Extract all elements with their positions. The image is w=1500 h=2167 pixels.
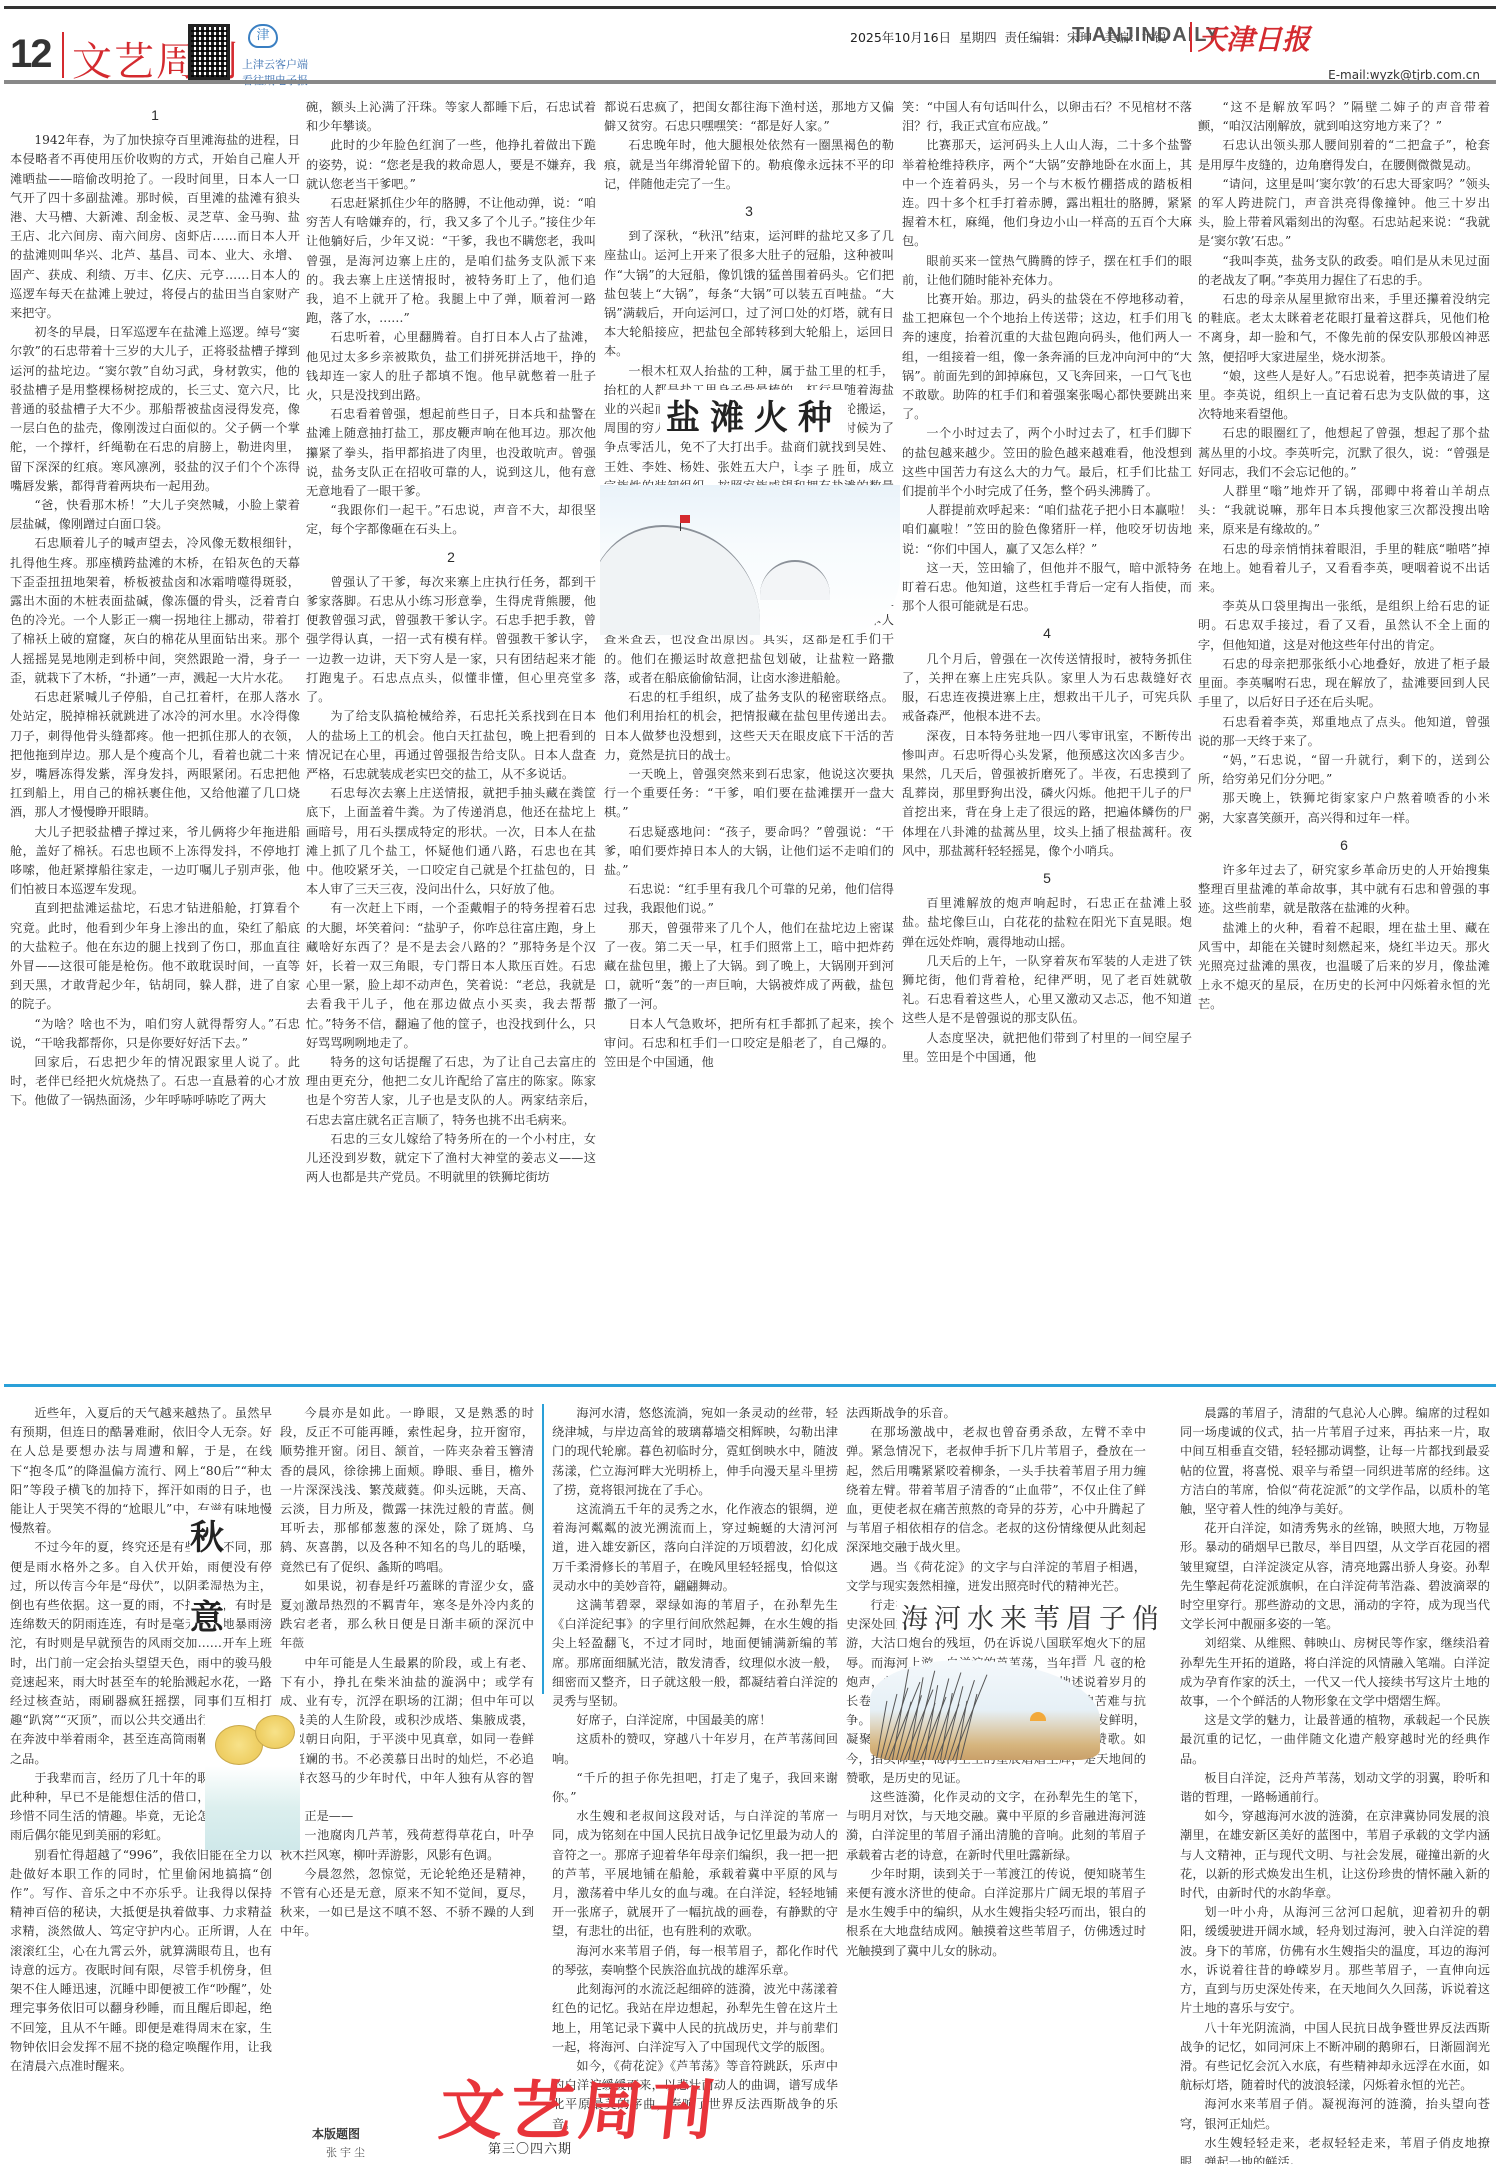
paragraph: 近些年，入夏后的天气越来越热了。虽然早有预期，但连日的酷暑难耐，依旧令人无奈。好…: [10, 1404, 272, 1538]
paragraph: 水生嫂和老叔间这段对话，与白洋淀的苇席一同，成为铭刻在中国人民抗日战争记忆里最为…: [552, 1807, 838, 1941]
paragraph: 碗，额头上沁满了汗珠。等家人都睡下后，石忠试着和少年攀谈。: [306, 98, 596, 136]
paragraph: 石忠赶紧抓住少年的胳膊，不让他动弹，说：“咱穷苦人有啥嫌弃的，行，我又多了个儿子…: [306, 194, 596, 328]
paragraph: 划一叶小舟，从海河三岔河口起航，迎着初升的朝阳，缓缓驶进开阔水域，轻舟划过海河，…: [1180, 1903, 1490, 2018]
paragraph: 几天后的上午，一队穿着灰布军装的人走进了铁狮坨街，他们背着枪，纪律严明，见了老百…: [902, 952, 1192, 1029]
paragraph: 石忠疑惑地问：“孩子，要命吗？”曾强说：“干爹，咱们要炸掉日本人的大锅，让他们运…: [604, 823, 894, 881]
story2-column-2: 今晨亦是如此。一睁眼，又是熟悉的时段，反正不可能再睡，索性起身，拉开窗帘，顺势推…: [280, 1404, 534, 2064]
paragraph: 水生嫂轻轻走来，老叔轻轻走来，苇眉子俏皮地撩眼，弹起一地的鲜活。: [1180, 2134, 1490, 2164]
paragraph: 日本人气急败坏，把所有杠手都抓了起来，挨个审问。石忠和杠手们一口咬定是船老了，自…: [604, 1015, 894, 1073]
paragraph: 石忠的母亲从屋里掀帘出来，手里还攥着没纳完的鞋底。老太太眯着老花眼打量着这群兵，…: [1198, 290, 1490, 367]
issue-number: 第三〇四六期: [488, 2138, 572, 2157]
masthead: 12 文艺周刊 津 上津云客户端 看往期电子报 2025年10月16日 星期四 …: [0, 10, 1500, 78]
story1-column-5: “这不是解放军吗？”隔壁二婶子的声音带着颤，“咱汉沽刚解放，就到咱这穷地方来了？…: [1198, 98, 1490, 1378]
story1-column-1: 11942年春，为了加快掠夺百里滩海盐的进程，日本侵略者不再使用压价收购的方式，…: [10, 98, 300, 1378]
app-promo-line-1: 上津云客户端: [242, 56, 308, 72]
lotus-leaf-shape: [255, 1715, 295, 1749]
paragraph: 好席子，白洋淀席，中国最美的席！: [552, 1711, 838, 1730]
section-number: 6: [1198, 836, 1490, 855]
story3-column-2: 法西斯战争的乐音。在那场激战中，老叔也曾奋勇杀敌，左臂不幸中弹。紧急情况下，老叔…: [846, 1404, 1146, 2164]
paragraph: 少年时期，读到关于一苇渡江的传说，便知晓苇生来便有渡水济世的使命。白洋淀那片广阔…: [846, 1865, 1146, 1961]
story1-column-3: 都说石忠疯了，把闺女都往海下渔村送，那地方又偏僻又贫穷。石忠只嘿嘿笑：“都是好人…: [604, 98, 894, 1378]
paragraph: 如今，穿越海河水波的涟漪，在京津冀协同发展的浪潮里，在雄安新区美好的蓝图中，苇眉…: [1180, 1807, 1490, 1903]
illustration-credit-name: 张宇尘: [326, 2144, 368, 2160]
story3-author: 晋凡: [1075, 1652, 1111, 1669]
issue-date: 2025年10月16日: [850, 30, 951, 45]
story1-author: 李子胜: [800, 460, 848, 479]
paragraph: 别看忙得超越了“996”，我依旧能在全力以赴做好本职工作的同时，忙里偷闲地搞搞“…: [10, 1846, 272, 2076]
paragraph: 石忠的眼圈红了，他想起了曾强，想起了那个盐蒿丛里的小坟。李英听完，沉默了很久，说…: [1198, 424, 1490, 482]
paragraph: 直到把盐滩运盐坨，石忠才钻进船舱，打算看个究竟。此时，他看到少年身上渗出的血，染…: [10, 899, 300, 1014]
paragraph: 这一天，笠田输了，但他并不服气，暗中派特务盯着石忠。他知道，这些杠手背后一定有人…: [902, 559, 1192, 617]
paragraph: 1942年春，为了加快掠夺百里滩海盐的进程，日本侵略者不再使用压价收购的方式，开…: [10, 131, 300, 323]
story1-column-2: 碗，额头上沁满了汗珠。等家人都睡下后，石忠试着和少年攀谈。此时的少年脸色红润了一…: [306, 98, 596, 1378]
paragraph: 盐滩上的火种，看着不起眼，埋在盐土里、藏在风雪中，却能在关键时刻燃起来，烧红半边…: [1198, 919, 1490, 1015]
paragraph: 海河水清，悠悠流淌，宛如一条灵动的丝带，轻绕津城，与岸边高耸的玻璃幕墙交相辉映，…: [552, 1404, 838, 1500]
paragraph: 石忠晚年时，他大腿根处依然有一圈黑褐色的勒痕，就是当年绑滑轮留下的。勒痕像永远抹…: [604, 136, 894, 194]
paragraph: 石忠看着李英，郑重地点了点头。他知道，曾强说的那一天终于来了。: [1198, 713, 1490, 751]
story3-title: 海河水来苇眉子俏: [897, 1597, 1169, 1636]
paragraph: 八十年光阴流淌，中国人民抗日战争暨世界反法西斯战争的记忆，如同河床上不断冲刷的鹅…: [1180, 2019, 1490, 2096]
paragraph: 石忠的母亲悄悄抹着眼泪，手里的鞋底“啪嗒”掉在地上。她看着儿子，又看看李英，哽咽…: [1198, 540, 1490, 598]
paragraph: 一个小时过去了，两个小时过去了，杠手们脚下的盐包越来越少。笠田的脸色越来越难看，…: [902, 424, 1192, 501]
paragraph: 有一次赶上下雨，一个歪戴帽子的特务捏着石忠的大腿，坏笑着问：“盐驴子，你咋总往富…: [306, 899, 596, 1053]
paragraph: “这不是解放军吗？”隔壁二婶子的声音带着颤，“咱汉沽刚解放，就到咱这穷地方来了？…: [1198, 98, 1490, 136]
paragraph: 笑：“中国人有句话叫什么，以卵击石？不见棺材不落泪？行，我正式宣布应战。”: [902, 98, 1192, 136]
paragraph: 深夜，日本特务驻地一四八零审讯室，不断传出惨叫声。石忠听得心头发紧，他预感这次凶…: [902, 727, 1192, 861]
setting-sun-shape: [1030, 1712, 1046, 1721]
story3-column-3: 晨露的苇眉子，清甜的气息沁人心脾。编席的过程如同一场虔诚的仪式，拈一片苇眉子过来…: [1180, 1404, 1490, 2164]
paragraph: 一池腐肉几芦苇，残荷惹得草花白，叶孕秋木拦风寒，柳叶弄游影，风影有色调。: [280, 1826, 534, 1864]
salt-flat-illustration: [600, 485, 900, 635]
paragraph: “我跟你们一起干。”石忠说，声音不大，却很坚定，每个字都像砸在石头上。: [306, 501, 596, 539]
paragraph: 大儿子把驳盐槽子撑过来，爷儿俩将少年拖进船舱，盖好了棉袄。石忠也顾不上冻得发抖，…: [10, 823, 300, 900]
paragraph: 此刻海河的水流泛起细碎的涟漪，波光中荡漾着红色的记忆。我站在岸边想起，孙犁先生曾…: [552, 1980, 838, 2057]
story1-title: 盐滩火种: [660, 390, 848, 439]
story2-author-char-2: 薇: [292, 1634, 304, 1651]
brand-separator: [1190, 22, 1192, 52]
cloud-app-icon[interactable]: 津: [248, 24, 278, 48]
paragraph: “为啥？啥也不为，咱们穷人就得帮穷人。”石忠说，“干啥我都帮你，只是你要好好活下…: [10, 1015, 300, 1053]
paragraph: 到了深秋，“秋汛”结束，运河畔的盐坨又多了几座盐山。运河上开来了很多大肚子的冠船…: [604, 227, 894, 361]
paragraph: 石忠的母亲把那张纸小心地叠好，放进了柜子最里面。李英嘱咐石忠，现在解放了，盐滩要…: [1198, 655, 1490, 713]
story3-column-1: 海河水清，悠悠流淌，宛如一条灵动的丝带，轻绕津城，与岸边高耸的玻璃幕墙交相辉映，…: [552, 1404, 838, 2164]
top-rule: [4, 6, 1496, 9]
paragraph: 眼前买来一筐热气腾腾的饽子，摆在杠手们的眼前，让他们随时能补充体力。: [902, 252, 1192, 290]
paragraph: 石忠的杠手组织，成了盐务支队的秘密联络点。他们利用抬杠的机会，把情报藏在盐包里传…: [604, 688, 894, 765]
story2-author-char-1: 刘: [292, 1598, 304, 1615]
page-number-separator: [62, 32, 64, 78]
paragraph: 石忠每次去寨上庄送情报，就把手抽头藏在粪筐底下，上面盖着牛粪。为了传递消息，他还…: [306, 784, 596, 899]
paragraph: 李英从口袋里掏出一张纸，是组织上给石忠的证明。石忠双手接过，看了又看，虽然认不全…: [1198, 597, 1490, 655]
page-number: 12: [10, 32, 51, 77]
paragraph: 石忠赶紧喊儿子停船，自己扛着杆，在那人落水处站定，脱掉棉袄就跳进了冰冷的河水里。…: [10, 688, 300, 822]
paragraph: 人群里“嗡”地炸开了锅，邵卿中将着山羊胡点头：“我就说嘛，那年日本兵搜他家三次都…: [1198, 482, 1490, 540]
section-number: 1: [10, 106, 300, 125]
section-number: 3: [604, 202, 894, 221]
paragraph: 百里滩解放的炮声响起时，石忠正在盐滩上驳盐。盐坨像巨山，白花花的盐粒在阳光下直晃…: [902, 894, 1192, 952]
paragraph: 石忠说：“红手里有我几个可靠的兄弟，他们信得过我，我跟他们说。”: [604, 880, 894, 918]
paragraph: “妈，”石忠说，“留一升就行，剩下的，送到公所，给穷弟兄们分分吧。”: [1198, 751, 1490, 789]
qr-code-icon[interactable]: [188, 24, 230, 80]
paragraph: 初冬的早晨，日军巡逻车在盐滩上巡逻。绰号“窦尔敦”的石忠带着十三岁的大儿子，正将…: [10, 323, 300, 496]
paragraph: 曾强认了干爹，每次来寨上庄执行任务，都到干爹家落脚。石忠从小练习形意拳，生得虎背…: [306, 573, 596, 707]
paragraph: 许多年过去了，研究家乡革命历史的人开始搜集整理百里盐滩的革命故事，其中就有石忠和…: [1198, 861, 1490, 919]
paragraph: 特务的这句话提醒了石忠，为了让自己去富庄的理由更充分，他把二女儿许配给了富庄的陈…: [306, 1053, 596, 1130]
paragraph: 在那场激战中，老叔也曾奋勇杀敌，左臂不幸中弹。紧急情况下，老叔伸手折下几片苇眉子…: [846, 1423, 1146, 1557]
paragraph: 这质朴的赞叹，穿越八十年岁月，在芦苇荡间回响。: [552, 1730, 838, 1768]
paragraph: 都说石忠疯了，把闺女都往海下渔村送，那地方又偏僻又贫穷。石忠只嘿嘿笑：“都是好人…: [604, 98, 894, 136]
section-divider: [4, 1384, 1496, 1387]
header-rule: [4, 80, 1496, 84]
paragraph: 海河水来苇眉子俏。凝视海河的涟漪，抬头望向苍穹，银河正灿烂。: [1180, 2095, 1490, 2133]
illustration-credit-label: 本版题图: [312, 2125, 360, 2142]
paragraph: 刘绍棠、从维熙、韩映山、房树民等作家，继续沿着孙犁先生开拓的道路，将白洋淀的风情…: [1180, 1634, 1490, 1711]
paragraph: 石忠的三女儿嫁给了特务所在的一个小村庄，女儿还没到岁数，就定下了渔村大神堂的姜志…: [306, 1130, 596, 1188]
salt-mound-shape: [600, 525, 760, 635]
section-number: 5: [902, 869, 1192, 888]
paragraph: 石忠看着曾强，想起前些日子，日本兵和盐警在盐滩上随意抽打盐工，那皮鞭声响在他耳边…: [306, 405, 596, 501]
paragraph: “千斤的担子你先担吧，打走了鬼子，我回来谢你。”: [552, 1769, 838, 1807]
brand-logo: 天津日报: [1198, 18, 1310, 58]
paragraph: 回家后，石忠把少年的情况跟家里人说了。此时，老伴已经把火炕烧热了。石忠一直悬着的…: [10, 1053, 300, 1111]
paragraph: 这流淌五千年的灵秀之水，化作液态的银绸，逆着海河粼粼的波光溯流而上，穿过蜿蜒的大…: [552, 1500, 838, 1596]
issue-weekday: 星期四: [959, 30, 997, 45]
red-flag-icon: [680, 515, 690, 523]
paragraph: 比赛那天，运河码头上人山人海，二十多个盐警举着枪维持秩序，两个“大锅”安静地卧在…: [902, 136, 1192, 251]
paragraph: “我叫李英，盐务支队的政委。咱们是从未见过面的老战友了啊。”李英用力握住了石忠的…: [1198, 252, 1490, 290]
paragraph: 正是——: [280, 1807, 534, 1826]
paragraph: 几个月后，曾强在一次传送情报时，被特务抓住了，关押在寨上庄宪兵队。家里人为石忠裁…: [902, 650, 1192, 727]
paragraph: 今晨忽然，忽惊觉，无论轮绝还是精神，不管有心还是无意，原来不知不觉间，夏尽，秋来…: [280, 1865, 534, 1942]
paragraph: 一天晚上，曾强突然来到石忠家，他说这次要执行一个重要任务：“干爹，咱们要在盐滩摆…: [604, 765, 894, 823]
paragraph: 法西斯战争的乐音。: [846, 1404, 1146, 1423]
paragraph: “请问，这里是叫‘窦尔敦’的石忠大哥家吗？”领头的军人跨进院门，声音洪亮得像撞钟…: [1198, 175, 1490, 252]
story2-title-char-1: 秋: [190, 1510, 224, 1559]
paragraph: 这是文学的魅力，让最普通的植物，承载起一个民族最沉重的记忆，一曲伴随文化遗产般穿…: [1180, 1711, 1490, 1769]
paragraph: 晨露的苇眉子，清甜的气息沁人心脾。编席的过程如同一场虔诚的仪式，拈一片苇眉子过来…: [1180, 1404, 1490, 1519]
weekly-calligraphy-logo: 文艺周刊: [435, 2060, 725, 2152]
paragraph: “娘，这些人是好人。”石忠说着，把李英请进了屋里。李英说，组织上一直记着石忠为支…: [1198, 367, 1490, 425]
paragraph: 此时的少年脸色红润了一些，他挣扎着做出下跪的姿势，说：“您老是我的救命恩人，要是…: [306, 136, 596, 194]
paragraph: 石忠认出领头那人腰间别着的“二把盒子”，枪套是用厚牛皮缝的，边角磨得发白，在腰侧…: [1198, 136, 1490, 174]
section-number: 4: [902, 624, 1192, 643]
story1-column-4: 笑：“中国人有句话叫什么，以卵击石？不见棺材不落泪？行，我正式宣布应战。”比赛那…: [902, 98, 1192, 1378]
paragraph: 那天晚上，铁狮坨街家家户户熬着喷香的小米粥，大家喜笑颜开，高兴得和过年一样。: [1198, 789, 1490, 827]
paragraph: 比赛开始。那边，码头的盐袋在不停地移动着，盐工把麻包一个个地抬上传送带；这边，杠…: [902, 290, 1192, 424]
paragraph: 今晨亦是如此。一睁眼，又是熟悉的时段，反正不可能再睡，索性起身，拉开窗帘，顺势推…: [280, 1404, 534, 1577]
paragraph: 这些涟漪，化作灵动的文字，在孙犁先生的笔下，与明月对饮，与天地交融。冀中平原的乡…: [846, 1788, 1146, 1865]
paragraph: 遇。当《荷花淀》的文字与白洋淀的苇眉子相遇，文学与现实轰然相撞，迸发出照亮时代的…: [846, 1558, 1146, 1596]
paragraph: 花开白洋淀，如清秀隽永的丝锦，映照大地，万物显形。暴动的硝烟早已散尽，举目四望，…: [1180, 1519, 1490, 1634]
paragraph: 板目白洋淀，泛舟芦苇荡，划动文学的羽翼，聆听和谐的哲理，一路畅通前行。: [1180, 1769, 1490, 1807]
paragraph: “爸，快看那木桥！”大儿子突然喊，小脸上蒙着层盐碱，像刚蹭过白面口袋。: [10, 496, 300, 534]
paragraph: 这满苇碧翠，翠绿如海的苇眉子，在孙犁先生《白洋淀纪事》的字里行间欣然起舞，在水生…: [552, 1596, 838, 1711]
salt-mound-shape: [760, 560, 830, 600]
paragraph: 中年可能是人生最累的阶段，或上有老、下有小，挣扎在柴米油盐的漩涡中；或学有成、业…: [280, 1654, 534, 1808]
paragraph: 那天，曾强带来了几个人，他们在盐坨边上密谋了一夜。第二天一早，杠手们照常上工，暗…: [604, 919, 894, 1015]
paragraph: 石忠顺着儿子的喊声望去，冷风像无数根细针，扎得他生疼。那座横跨盐滩的木桥，在铅灰…: [10, 534, 300, 688]
story3-accent-line: [542, 1404, 544, 1694]
paragraph: 石忠听着，心里翻腾着。自打日本人占了盐滩，他见过太多乡亲被欺负，盐工们拼死拼活地…: [306, 328, 596, 405]
lotus-illustration: [205, 1710, 300, 1850]
paragraph: 人态度坚决，就把他们带到了村里的一间空屋子里。笠田是个中国通，他: [902, 1029, 1192, 1067]
section-number: 2: [306, 548, 596, 567]
paragraph: 为了给支队搞枪械给养，石忠托关系找到在日本人的盐场上工的机会。他白天扛盐包，晚上…: [306, 707, 596, 784]
paragraph: 海河水来苇眉子俏，每一根苇眉子，都化作时代的琴弦，奏响整个民族浴血抗战的雄浑乐章…: [552, 1942, 838, 1980]
paragraph: 如果说，初春是纤巧蓋眯的青涩少女，盛夏是激昂热烈的不羁青年，寒冬是外冷内炙的跌宕…: [280, 1577, 534, 1654]
paragraph: 人群提前欢呼起来：“咱们盐花子把小日本赢啦！咱们赢啦！”笠田的脸色像猪肝一样，他…: [902, 501, 1192, 559]
story2-title-char-2: 意: [190, 1590, 224, 1639]
